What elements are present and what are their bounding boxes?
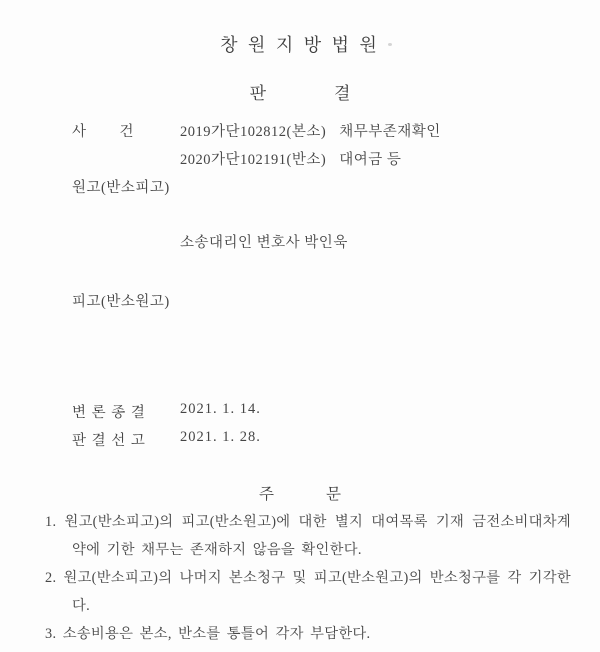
order-heading-char-2: 문 bbox=[326, 482, 341, 504]
case-number-counter: 2020가단102191(반소) bbox=[180, 152, 326, 168]
plaintiff-label: 원고(반소피고) bbox=[72, 176, 170, 197]
judgment-date-value: 2021. 1. 28. bbox=[180, 429, 261, 446]
case-label: 사 건 bbox=[72, 120, 134, 141]
case-name-counter: 대여금 등 bbox=[339, 152, 401, 168]
order-items: 1. 원고(반소피고)의 피고(반소원고)에 대한 별지 대여목록 기재 금전소… bbox=[45, 508, 571, 648]
order-item-2: 2. 원고(반소피고)의 나머지 본소청구 및 피고(반소원고)의 반소청구를 … bbox=[45, 564, 571, 620]
order-item-3: 3. 소송비용은 본소, 반소를 통틀어 각자 부담한다. bbox=[45, 620, 571, 648]
case-label-char-2: 건 bbox=[119, 120, 134, 141]
defendant-label: 피고(반소원고) bbox=[72, 290, 170, 311]
doc-type-char-1: 판 bbox=[250, 79, 266, 104]
court-name-heading: 창 원 지 방 법 원 bbox=[0, 31, 600, 57]
case-name-main: 채무부존재확인 bbox=[339, 124, 441, 140]
case-line-counter: 2020가단102191(반소)대여금 등 bbox=[180, 148, 401, 169]
judgment-document-page: 창 원 지 방 법 원 판 결 사 건 2019가단102812(본소)채무부존… bbox=[0, 0, 600, 652]
order-item-1: 1. 원고(반소피고)의 피고(반소원고)에 대한 별지 대여목록 기재 금전소… bbox=[45, 508, 571, 564]
case-number-main: 2019가단102812(본소) bbox=[180, 124, 326, 140]
doc-type-heading: 판 결 bbox=[0, 79, 600, 104]
hearing-closed-date: 2021. 1. 14. bbox=[180, 401, 261, 418]
doc-type-char-2: 결 bbox=[334, 79, 350, 104]
case-line-main: 2019가단102812(본소)채무부존재확인 bbox=[180, 120, 441, 141]
judgment-date-label: 판 결 선 고 bbox=[72, 429, 146, 450]
plaintiff-representative: 소송대리인 변호사 박인욱 bbox=[180, 231, 348, 252]
scan-artifact-dot bbox=[388, 43, 392, 46]
case-label-char-1: 사 bbox=[72, 120, 87, 141]
order-heading: 주 문 bbox=[0, 482, 600, 504]
hearing-closed-label: 변 론 종 결 bbox=[72, 401, 146, 422]
order-heading-char-1: 주 bbox=[259, 482, 274, 504]
